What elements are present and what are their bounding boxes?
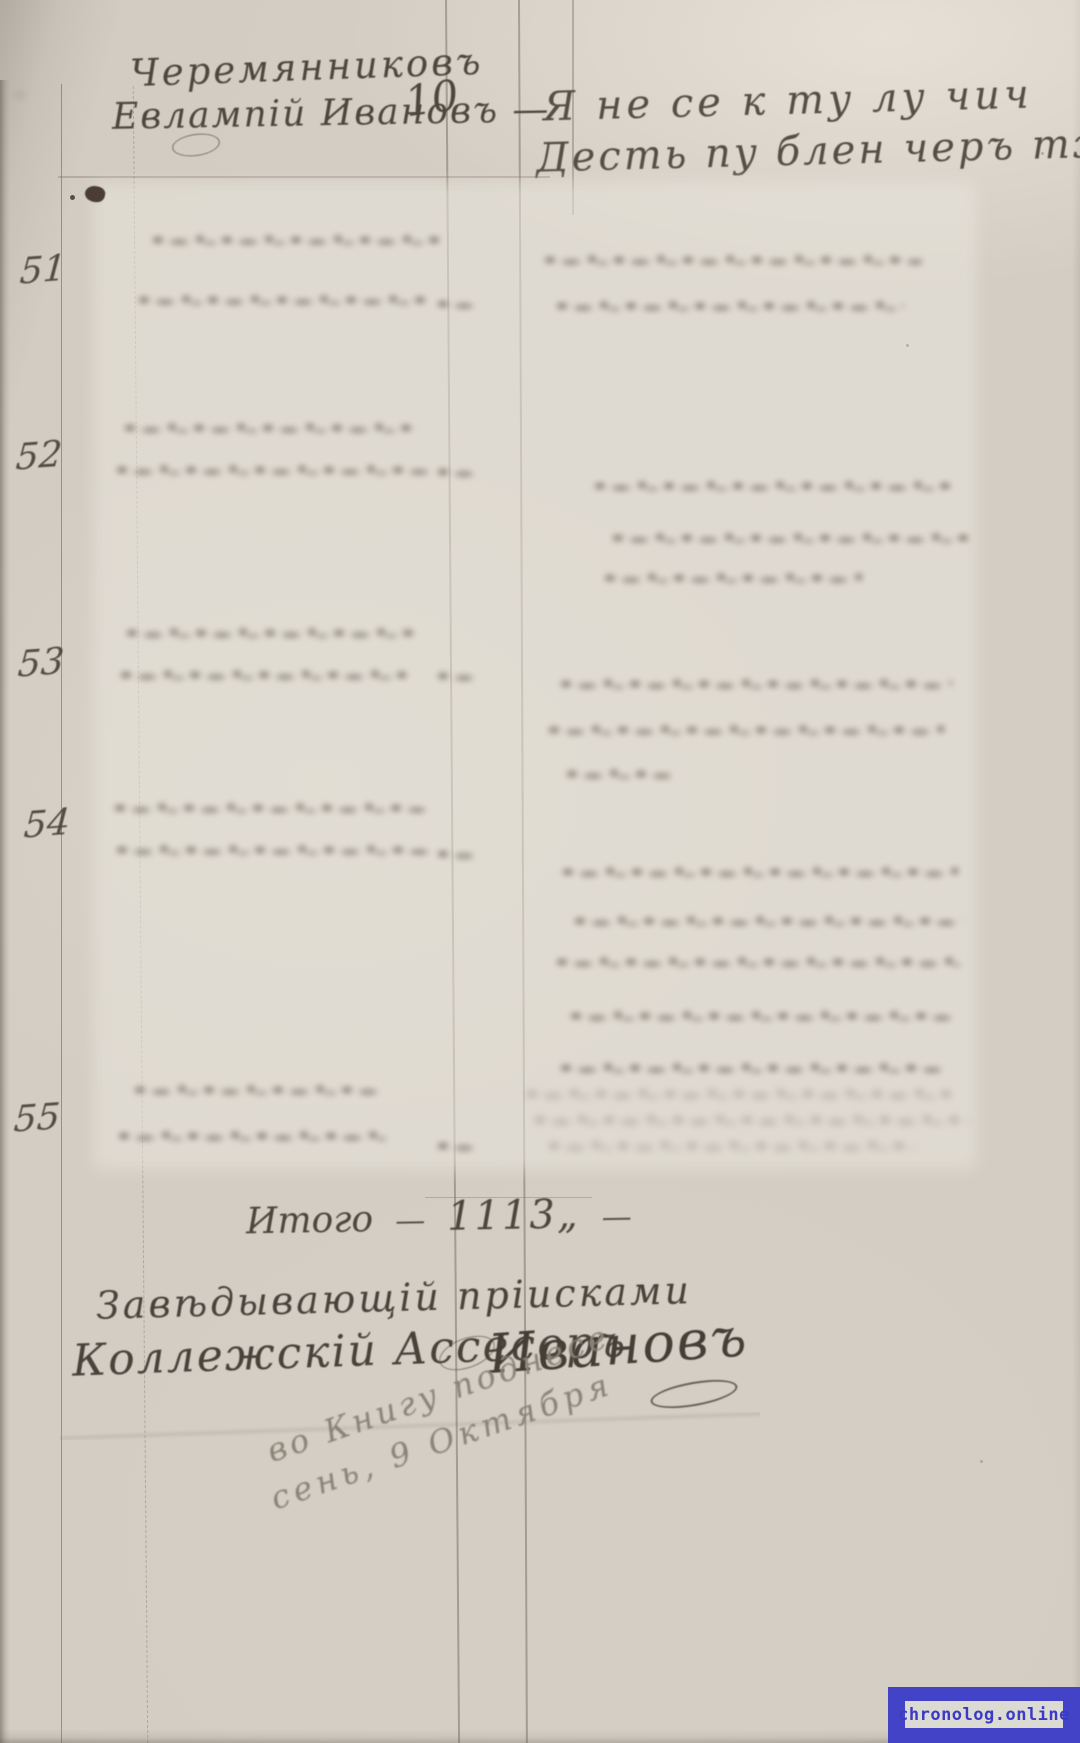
blurred-handwriting-line — [134, 292, 430, 309]
blurred-handwriting-line — [433, 668, 473, 684]
row-number-55: 55 — [12, 1096, 61, 1140]
row-number-53: 53 — [16, 641, 65, 685]
row-number-51: 51 — [18, 248, 67, 292]
header-underline — [58, 176, 550, 178]
blurred-handwriting-line — [530, 1112, 970, 1125]
blurred-handwriting-line — [433, 846, 477, 863]
blurred-handwriting-line — [122, 625, 417, 641]
blurred-handwriting-line — [433, 464, 477, 481]
paper-speck — [980, 1460, 983, 1463]
watermark-text: chronolog.online — [898, 1705, 1070, 1725]
blurred-handwriting-line — [112, 462, 434, 479]
entry-amount-handwriting: 10 — [402, 71, 462, 127]
blurred-handwriting-line — [433, 296, 477, 313]
blurred-handwriting-line — [112, 842, 436, 859]
blurred-handwriting-line — [522, 1086, 956, 1099]
signature-underline-flourish — [649, 1375, 740, 1414]
watermark-panel: chronolog.online — [905, 1701, 1063, 1728]
blurred-handwriting-line — [552, 954, 960, 970]
blurred-handwriting-line — [148, 232, 440, 249]
blurred-handwriting-line — [566, 1008, 956, 1024]
blurred-handwriting-line — [556, 1060, 946, 1075]
watermark-badge: chronolog.online — [888, 1687, 1080, 1743]
blurred-handwriting-line — [608, 530, 968, 547]
row-number-52: 52 — [14, 434, 63, 478]
blurred-handwriting-line — [120, 420, 418, 436]
total-label: Итого — [246, 1199, 374, 1242]
total-dash: — — [395, 1203, 426, 1239]
blurred-handwriting-line — [433, 1138, 481, 1154]
total-value: 1113„ — [447, 1192, 580, 1240]
blurred-handwriting-line — [562, 766, 672, 782]
entry-note-line1-handwriting: Я не се к ту лу чич — [542, 72, 1033, 131]
entry-given-name-handwriting: Евлампій Ивановъ — — [112, 89, 551, 138]
blurred-handwriting-line — [552, 298, 904, 314]
blurred-handwriting-line — [544, 1138, 916, 1150]
archival-ledger-page: Черемянниковъ Евлампій Ивановъ — 10 Я не… — [0, 0, 1080, 1743]
blurred-handwriting-line — [130, 1082, 382, 1097]
paper-speck — [714, 100, 717, 103]
blurred-handwriting-line — [544, 722, 944, 738]
blurred-handwriting-line — [10, 88, 38, 96]
paper-speck — [906, 344, 909, 347]
entry-note-line2-handwriting: Десть пу блен черъ тж — [535, 120, 1080, 181]
blurred-handwriting-line — [116, 667, 406, 684]
row-number-54: 54 — [22, 802, 71, 846]
blurred-handwriting-line — [590, 478, 950, 493]
margin-rule-line — [61, 84, 62, 1743]
blurred-handwriting-line — [114, 1128, 386, 1144]
total-row: Итого — 1113„ — — [246, 1191, 632, 1244]
blurred-handwriting-line — [558, 864, 958, 879]
paper-left-edge-shadow — [0, 80, 10, 1743]
blurred-handwriting-line — [600, 570, 862, 585]
blurred-handwriting-line — [556, 676, 952, 690]
blurred-handwriting-line — [110, 800, 425, 816]
total-dash-tail: — — [601, 1200, 632, 1236]
paper-speck — [1041, 152, 1044, 155]
blurred-handwriting-line — [540, 252, 922, 268]
ink-speck — [70, 195, 75, 200]
blurred-handwriting-line — [570, 913, 964, 929]
